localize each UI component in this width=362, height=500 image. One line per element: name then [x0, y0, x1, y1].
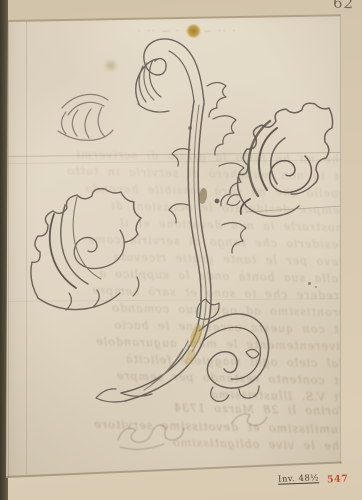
central-acanthus-stalk: [96, 39, 269, 402]
page-number: 62: [333, 0, 355, 12]
inventory-number-red: 547: [327, 473, 349, 485]
right-acanthus-scroll: [227, 103, 343, 216]
scanned-drawing-page: · ·· — · ··· — ·· · che mi ha fatto la g…: [0, 0, 362, 500]
paper-sheet: · ·· — · ··· — ·· · che mi ha fatto la g…: [0, 0, 362, 500]
inventory-inscription: Inv. 48½: [278, 473, 319, 484]
signature-scribbles: [118, 414, 267, 449]
left-acanthus-scroll: [31, 189, 141, 310]
acanthus-drawing: [0, 0, 362, 500]
small-leaf-study: [58, 94, 113, 140]
